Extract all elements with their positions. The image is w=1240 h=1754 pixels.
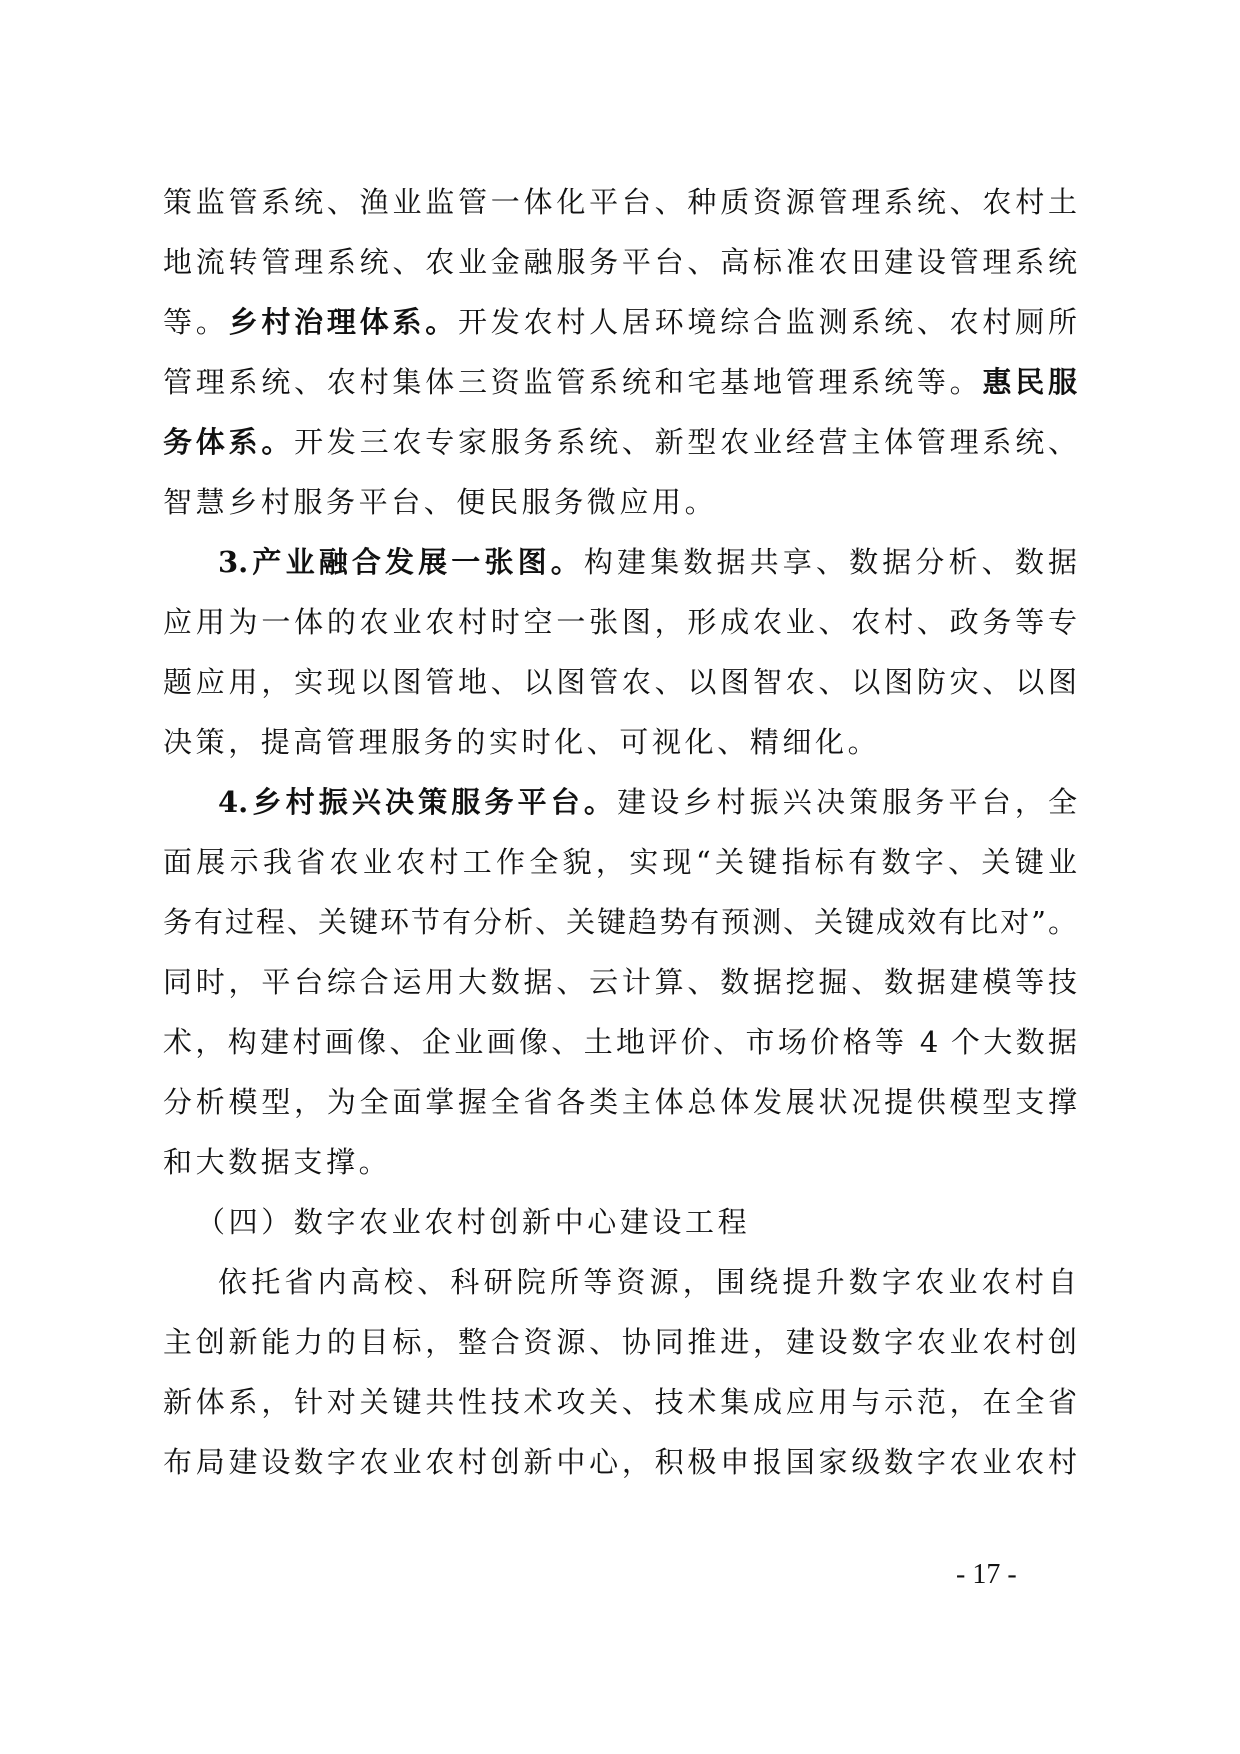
document-page: 策监管系统、渔业监管一体化平台、种质资源管理系统、农村土 地流转管理系统、农业金… bbox=[0, 0, 1240, 1754]
text-run: 术，构建村画像、企业画像、土地评价、市场价格等 4 个大数据 bbox=[163, 1025, 1077, 1059]
text-line: 应用为一体的农业农村时空一张图，形成农业、农村、政务等专 bbox=[163, 600, 1077, 644]
text-run: 构建集数据共享、数据分析、数据 bbox=[584, 545, 1077, 579]
text-run: 应用为一体的农业农村时空一张图，形成农业、农村、政务等专 bbox=[163, 605, 1077, 639]
text-line: 智慧乡村服务平台、便民服务微应用。 bbox=[163, 480, 1077, 524]
text-run: 开发农村人居环境综合监测系统、农村厕所 bbox=[458, 305, 1077, 339]
text-line: 布局建设数字农业农村创新中心，积极申报国家级数字农业农村 bbox=[163, 1440, 1077, 1484]
text-run: 地流转管理系统、农业金融服务平台、高标准农田建设管理系统 bbox=[163, 245, 1077, 279]
text-line: 等。乡村治理体系。开发农村人居环境综合监测系统、农村厕所 bbox=[163, 300, 1077, 344]
text-run: 同时，平台综合运用大数据、云计算、数据挖掘、数据建模等技 bbox=[163, 965, 1077, 999]
text-run: 策监管系统、渔业监管一体化平台、种质资源管理系统、农村土 bbox=[163, 185, 1077, 219]
text-line: 新体系，针对关键共性技术攻关、技术集成应用与示范，在全省 bbox=[163, 1380, 1077, 1424]
text-line: 决策，提高管理服务的实时化、可视化、精细化。 bbox=[163, 720, 1077, 764]
section-heading-text: （四）数字农业农村创新中心建设工程 bbox=[196, 1205, 750, 1239]
text-line: 术，构建村画像、企业画像、土地评价、市场价格等 4 个大数据 bbox=[163, 1020, 1077, 1064]
text-run: 和大数据支撑。 bbox=[163, 1145, 391, 1179]
text-run: 管理系统、农村集体三资监管系统和宅基地管理系统等。 bbox=[163, 365, 982, 399]
text-line: 3.产业融合发展一张图。构建集数据共享、数据分析、数据 bbox=[218, 540, 1077, 584]
text-run: 建设乡村振兴决策服务平台，全 bbox=[617, 785, 1077, 819]
bold-lead-rural-governance: 乡村治理体系。 bbox=[229, 305, 458, 339]
text-run: 分析模型，为全面掌握全省各类主体总体发展状况提供模型支撑 bbox=[163, 1085, 1077, 1119]
text-line: 主创新能力的目标，整合资源、协同推进，建设数字农业农村创 bbox=[163, 1320, 1077, 1364]
text-line: 同时，平台综合运用大数据、云计算、数据挖掘、数据建模等技 bbox=[163, 960, 1077, 1004]
section-heading: （四）数字农业农村创新中心建设工程 bbox=[196, 1200, 1110, 1244]
text-run: 题应用，实现以图管地、以图管农、以图智农、以图防灾、以图 bbox=[163, 665, 1077, 699]
text-run: 新体系，针对关键共性技术攻关、技术集成应用与示范，在全省 bbox=[163, 1385, 1077, 1419]
text-line: 依托省内高校、科研院所等资源，围绕提升数字农业农村自 bbox=[218, 1260, 1077, 1304]
text-line: 策监管系统、渔业监管一体化平台、种质资源管理系统、农村土 bbox=[163, 180, 1077, 224]
bold-lead-public-service: 务体系。 bbox=[163, 425, 294, 459]
page-number: - 17 - bbox=[956, 1558, 1017, 1592]
text-run: 依托省内高校、科研院所等资源，围绕提升数字农业农村自 bbox=[218, 1265, 1077, 1299]
text-run: 智慧乡村服务平台、便民服务微应用。 bbox=[163, 485, 717, 519]
item-4-heading: 4.乡村振兴决策服务平台。 bbox=[218, 785, 617, 819]
text-run: 主创新能力的目标，整合资源、协同推进，建设数字农业农村创 bbox=[163, 1325, 1077, 1359]
text-line: 地流转管理系统、农业金融服务平台、高标准农田建设管理系统 bbox=[163, 240, 1077, 284]
text-run: 务有过程、关键环节有分析、关键趋势有预测、关键成效有比对”。 bbox=[163, 905, 1077, 939]
text-line: 面展示我省农业农村工作全貌，实现“关键指标有数字、关键业 bbox=[163, 840, 1077, 884]
text-run: 决策，提高管理服务的实时化、可视化、精细化。 bbox=[163, 725, 880, 759]
text-line: 管理系统、农村集体三资监管系统和宅基地管理系统等。惠民服 bbox=[163, 360, 1077, 404]
item-3-heading: 3.产业融合发展一张图。 bbox=[218, 545, 584, 579]
text-run: 开发三农专家服务系统、新型农业经营主体管理系统、 bbox=[294, 425, 1077, 459]
text-line: 务体系。开发三农专家服务系统、新型农业经营主体管理系统、 bbox=[163, 420, 1077, 464]
text-run: 等。 bbox=[163, 305, 229, 339]
text-line: 和大数据支撑。 bbox=[163, 1140, 1077, 1184]
text-line: 务有过程、关键环节有分析、关键趋势有预测、关键成效有比对”。 bbox=[163, 900, 1077, 944]
text-line: 题应用，实现以图管地、以图管农、以图智农、以图防灾、以图 bbox=[163, 660, 1077, 704]
bold-lead-public-service: 惠民服 bbox=[982, 365, 1077, 399]
text-line: 4.乡村振兴决策服务平台。建设乡村振兴决策服务平台，全 bbox=[218, 780, 1077, 824]
text-run: 布局建设数字农业农村创新中心，积极申报国家级数字农业农村 bbox=[163, 1445, 1077, 1479]
text-line: 分析模型，为全面掌握全省各类主体总体发展状况提供模型支撑 bbox=[163, 1080, 1077, 1124]
text-run: 面展示我省农业农村工作全貌，实现“关键指标有数字、关键业 bbox=[163, 845, 1077, 879]
